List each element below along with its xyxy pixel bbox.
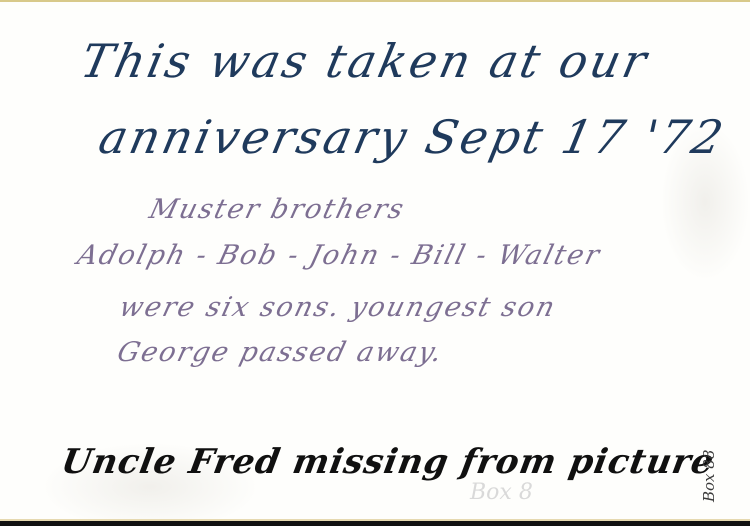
margin-box-note: Box 88	[700, 450, 718, 502]
pencil-line-heading: Muster brothers	[146, 194, 408, 225]
pencil-line-sons: were six sons. youngest son	[116, 292, 559, 323]
pencil-line-george: George passed away.	[114, 337, 447, 368]
photo-back-card: This was taken at our anniversary Sept 1…	[0, 0, 750, 526]
faint-pencil-note: Box 8	[470, 480, 533, 505]
pencil-line-names: Adolph - Bob - John - Bill - Walter	[74, 240, 604, 271]
black-ink-line: Uncle Fred missing from picture	[58, 442, 717, 482]
scanner-bed-edge	[0, 521, 750, 526]
blue-ink-line-2: anniversary Sept 17 '72	[94, 110, 730, 164]
blue-ink-line-1: This was taken at our	[76, 34, 654, 88]
